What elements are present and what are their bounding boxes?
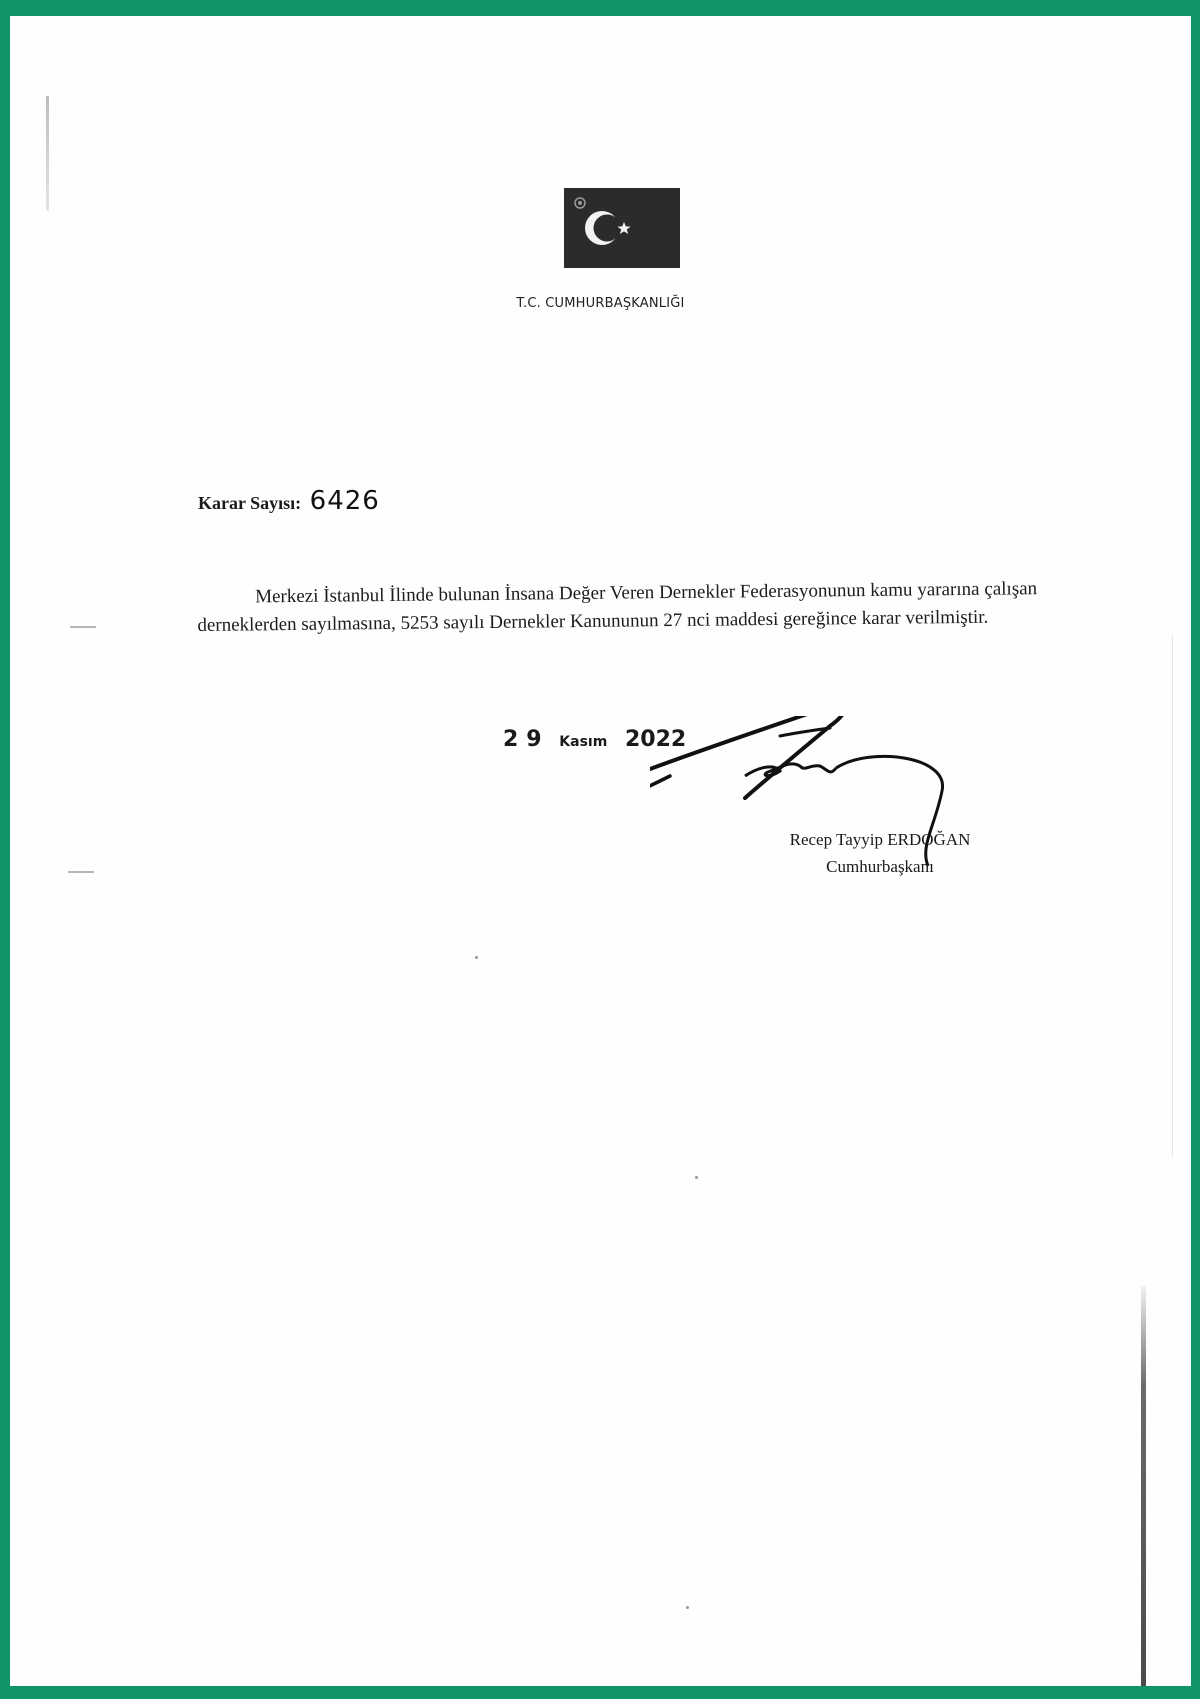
- flag-emblem-icon: [564, 188, 680, 268]
- decision-number-label: Karar Sayısı:: [198, 493, 301, 513]
- document-page: T.C. CUMHURBAŞKANLIĞI Karar Sayısı: 6426…: [10, 16, 1191, 1686]
- decision-body: Merkezi İstanbul İlinde bulunan İnsana D…: [197, 575, 1038, 640]
- decision-number-line: Karar Sayısı: 6426: [198, 486, 380, 516]
- scan-speck: [695, 1176, 698, 1179]
- punch-mark: [68, 871, 94, 873]
- scan-artifact-line: [1141, 1286, 1146, 1686]
- signer-title: Cumhurbaşkanı: [750, 853, 1010, 880]
- scan-speck: [475, 956, 478, 959]
- scan-artifact-line: [1172, 636, 1173, 1156]
- signer-name: Recep Tayyip ERDOĞAN: [750, 826, 1010, 853]
- scan-speck: [686, 1606, 689, 1609]
- date-day: 29: [503, 727, 550, 752]
- signer-block: Recep Tayyip ERDOĞAN Cumhurbaşkanı: [750, 826, 1010, 880]
- decision-number-value: 6426: [310, 486, 380, 516]
- institution-header: T.C. CUMHURBAŞKANLIĞI: [10, 296, 1191, 311]
- scan-artifact-line: [46, 96, 49, 211]
- punch-mark: [70, 626, 96, 628]
- decision-body-text: Merkezi İstanbul İlinde bulunan İnsana D…: [197, 578, 1037, 636]
- date-month: Kasım: [559, 734, 607, 750]
- signature-icon: [650, 716, 990, 921]
